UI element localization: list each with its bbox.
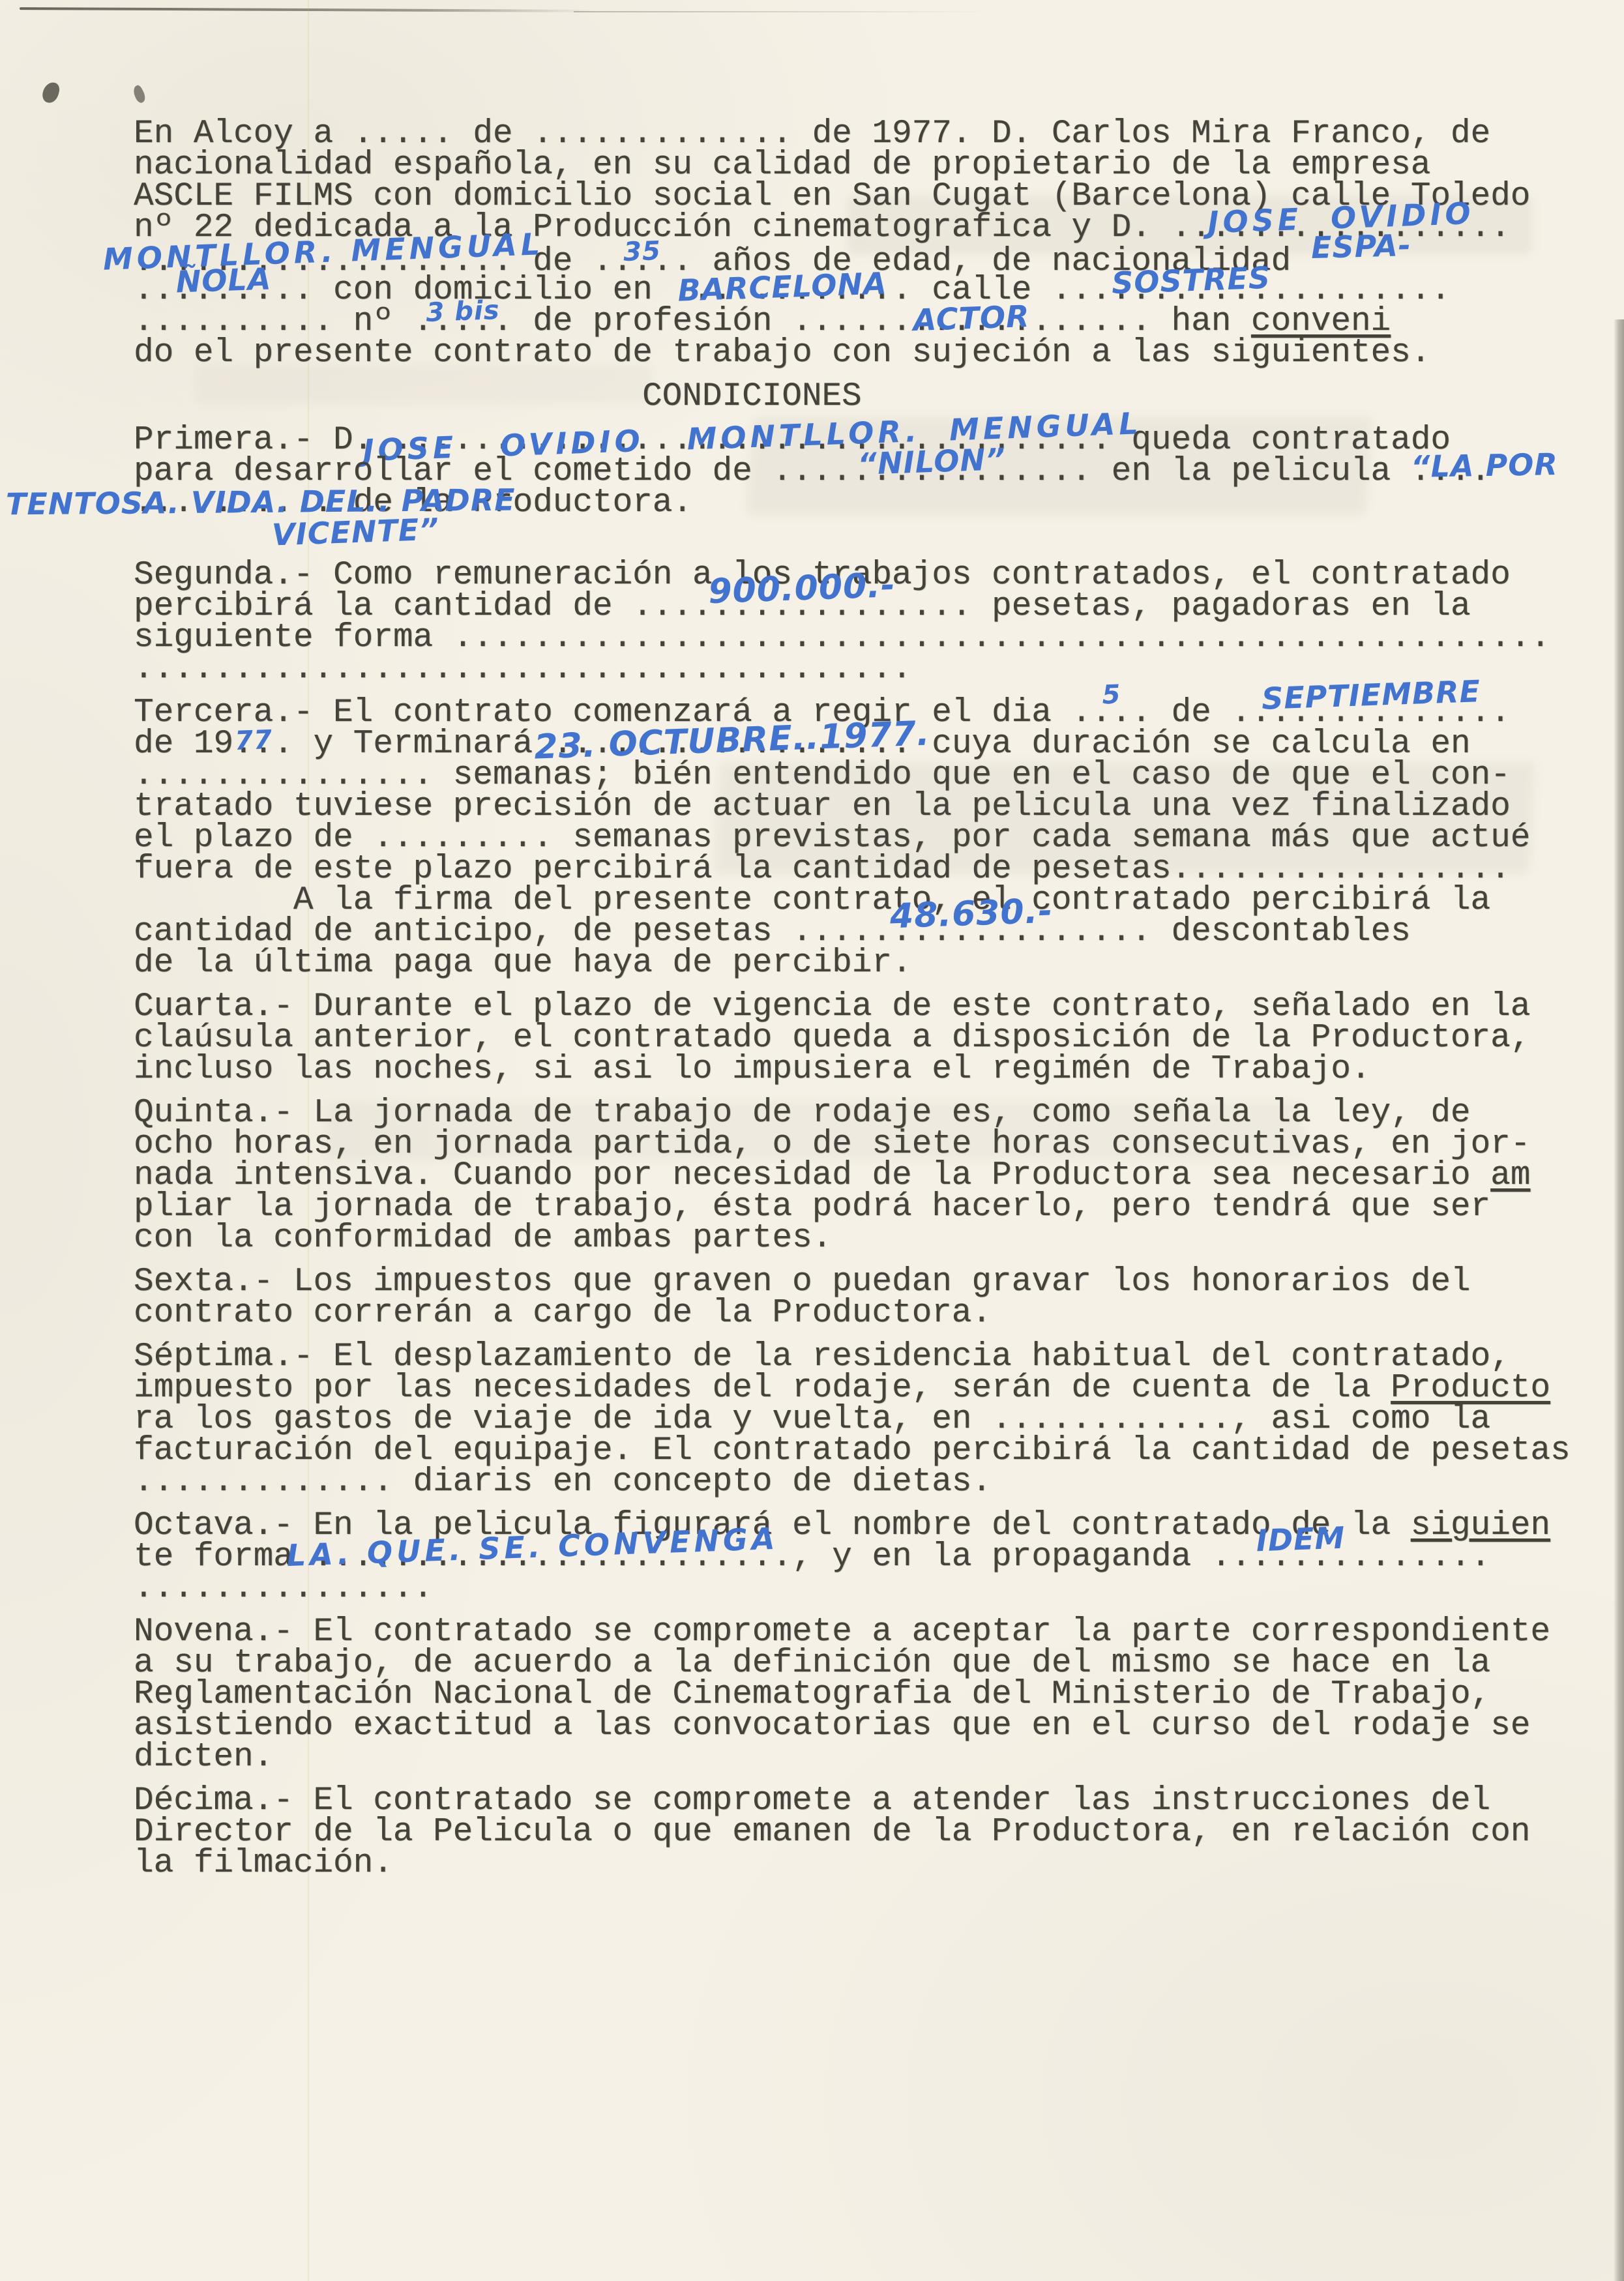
scan-edge-shadow bbox=[1614, 319, 1624, 2281]
paragraph-clausula-sexta: Sexta.- Los impuestos que graven o pueda… bbox=[134, 1267, 1587, 1329]
typed-text: dicten. bbox=[134, 1739, 273, 1776]
handwritten-text: BARCELONA bbox=[677, 267, 887, 306]
text-line: facturación del equipaje. El contratado … bbox=[134, 1435, 1587, 1467]
typed-text: asistiendo exactitud a las convocatorias… bbox=[134, 1707, 1530, 1744]
text-line: de 19..77. y Terminará .................… bbox=[134, 729, 1587, 760]
fill-in-blank: ..................48.630.- bbox=[792, 917, 1151, 948]
text-line: ............... semanas; bién entendido … bbox=[134, 760, 1587, 791]
fill-in-blank: ................“NILON” bbox=[772, 456, 1091, 488]
text-line: ............... bbox=[134, 1573, 1587, 1604]
fill-in-blank: ..................23. OCTUBRE..1977. bbox=[553, 729, 912, 760]
typed-text: ............. diaris en concepto de diet… bbox=[134, 1464, 992, 1501]
paragraph-intro: En Alcoy a ..... de ............. de 197… bbox=[134, 119, 1587, 369]
fill-in-blank: ..77 bbox=[233, 729, 273, 760]
handwritten-text: 5 bbox=[1101, 679, 1121, 711]
text-line: te forma ......................LA. QUE. … bbox=[134, 1542, 1587, 1573]
fill-in-blank: .....3 bis bbox=[413, 306, 512, 338]
handwritten-text: SOSTRES bbox=[1111, 262, 1271, 299]
handwritten-text: TENTOSA. VIDA. DEL.. PADRE bbox=[6, 484, 516, 520]
typed-text: .., y en la propaganda bbox=[752, 1538, 1211, 1576]
paragraph-clausula-octava: Octava.- En la pelicula figurará el nomb… bbox=[134, 1510, 1587, 1604]
text-line: nacionalidad española, en su calidad de … bbox=[134, 150, 1587, 181]
handwritten-text: “LA POR bbox=[1410, 449, 1558, 482]
ink-smudge bbox=[40, 81, 61, 105]
text-line: ocho horas, en jornada partida, o de sie… bbox=[134, 1129, 1587, 1160]
text-line: cantidad de anticipo, de pesetas .......… bbox=[134, 917, 1587, 948]
text-line: pliar la jornada de trabajo, ésta podrá … bbox=[134, 1192, 1587, 1223]
handwritten-text: 77 bbox=[234, 724, 273, 757]
scan-scratch-mark bbox=[574, 11, 991, 12]
scanned-contract-page: En Alcoy a ..... de ............. de 197… bbox=[0, 0, 1624, 2281]
text-line: el plazo de ......... semanas previstas,… bbox=[134, 823, 1587, 854]
paragraph-clausula-novena: Novena.- El contratado se compromete a a… bbox=[134, 1617, 1587, 1773]
text-line: En Alcoy a ..... de ............. de 197… bbox=[134, 119, 1587, 150]
paragraph-condiciones-heading: CONDICIONES bbox=[134, 381, 1587, 413]
fill-in-blank: ...........BARCELONA bbox=[672, 275, 892, 306]
text-line: ra los gastos de viaje de ida y vuelta, … bbox=[134, 1404, 1587, 1435]
text-line: con la conformidad de ambas partes. bbox=[134, 1223, 1587, 1254]
handwritten-text: 900.000.- bbox=[708, 570, 896, 608]
typed-text: am bbox=[1490, 1157, 1530, 1194]
text-line: claúsula anterior, el contratado queda a… bbox=[134, 1023, 1587, 1054]
handwritten-text: SEPTIEMBRE bbox=[1261, 675, 1481, 714]
fill-in-blank: .................900.000.- bbox=[632, 591, 971, 623]
typed-text: ............... bbox=[134, 1570, 433, 1607]
text-line: dicten. bbox=[134, 1742, 1587, 1773]
fill-in-blank: ..................ACTOR bbox=[792, 306, 1151, 338]
text-line: A la firma del presente contrato, el con… bbox=[134, 885, 1587, 917]
text-line: ............. diaris en concepto de diet… bbox=[134, 1467, 1587, 1498]
text-line: nada intensiva. Cuando por necesidad de … bbox=[134, 1160, 1587, 1192]
text-line: VICENTE” bbox=[134, 519, 1587, 548]
text-line: tratado tuviese precisión de actuar en l… bbox=[134, 791, 1587, 823]
text-line: asistiendo exactitud a las convocatorias… bbox=[134, 1711, 1587, 1742]
text-line: percibirá la cantidad de ...............… bbox=[134, 591, 1587, 623]
typed-text: ..... bbox=[1391, 1538, 1490, 1576]
text-line: la filmación. bbox=[134, 1848, 1587, 1879]
typed-text: CONDICIONES bbox=[642, 378, 862, 415]
text-line: Reglamentación Nacional de Cinematografi… bbox=[134, 1679, 1587, 1711]
typed-text: en la pelicula bbox=[1091, 453, 1411, 490]
typed-text: incluso las noches, si asi lo impusiera … bbox=[134, 1051, 1371, 1088]
ink-smudge bbox=[131, 84, 148, 104]
typed-text: do el presente contrato de trabajo con s… bbox=[134, 334, 1430, 372]
fill-in-blank: ..............SEPTIEMBRE bbox=[1231, 698, 1510, 729]
typed-text: ....................................... bbox=[134, 651, 912, 688]
handwritten-text: ESPA- bbox=[1310, 229, 1411, 263]
handwritten-text: 48.630.- bbox=[890, 896, 1054, 933]
text-line: Décima.- El contratado se compromete a a… bbox=[134, 1786, 1587, 1817]
fill-in-blank: ..............SOSTRES bbox=[1052, 275, 1331, 306]
typed-text: contrato correrán a cargo de la Producto… bbox=[134, 1295, 992, 1332]
fill-in-blank: ......................LA. QUE. SE. CONVE… bbox=[313, 1542, 752, 1573]
text-line: .......... nº .....3 bis de profesión ..… bbox=[134, 306, 1587, 338]
text-line: fuera de este plazo percibirá la cantida… bbox=[134, 854, 1587, 885]
handwritten-text: 35 bbox=[623, 235, 662, 268]
paragraph-clausula-segunda: Segunda.- Como remuneración a los trabaj… bbox=[134, 560, 1587, 685]
handwritten-text: “NILON” bbox=[857, 443, 1007, 480]
text-line: Novena.- El contratado se compromete a a… bbox=[134, 1617, 1587, 1648]
paragraph-clausula-cuarta: Cuarta.- Durante el plazo de vigencia de… bbox=[134, 992, 1587, 1085]
typed-text: con la conformidad de ambas partes. bbox=[134, 1220, 832, 1257]
handwritten-text: VICENTE” bbox=[271, 514, 439, 551]
paragraph-clausula-tercera: Tercera.- El contrato comenzará a regir … bbox=[134, 698, 1587, 979]
handwritten-text: ACTOR bbox=[913, 301, 1030, 336]
handwritten-text: IDEM bbox=[1256, 1522, 1346, 1557]
text-line: incluso las noches, si asi lo impusiera … bbox=[134, 1054, 1587, 1085]
text-line: a su trabajo, de acuerdo a la definición… bbox=[134, 1648, 1587, 1679]
typed-text: descontables bbox=[1151, 913, 1411, 950]
fill-in-blank: ..........TENTOSA. VIDA. DEL.. PADRE bbox=[134, 488, 333, 519]
text-line: Sexta.- Los impuestos que graven o pueda… bbox=[134, 1267, 1587, 1298]
fill-in-blank: ....5 bbox=[1071, 698, 1151, 729]
paragraph-clausula-quinta: Quinta.- La jornada de trabajo de rodaje… bbox=[134, 1098, 1587, 1254]
fill-in-blank: .........ÑOLA bbox=[134, 275, 313, 306]
contract-body: En Alcoy a ..... de ............. de 197… bbox=[134, 119, 1587, 1892]
fill-in-blank: .........IDEM bbox=[1211, 1542, 1391, 1573]
text-line: Director de la Pelicula o que emanen de … bbox=[134, 1817, 1587, 1848]
paragraph-clausula-decima: Décima.- El contratado se compromete a a… bbox=[134, 1786, 1587, 1879]
text-line: de la última paga que haya de percibir. bbox=[134, 948, 1587, 979]
text-line: impuesto por las necesidades del rodaje,… bbox=[134, 1373, 1587, 1404]
text-line: do el presente contrato de trabajo con s… bbox=[134, 338, 1587, 369]
text-line: Séptima.- El desplazamiento de la reside… bbox=[134, 1342, 1587, 1373]
text-line: Cuarta.- Durante el plazo de vigencia de… bbox=[134, 992, 1587, 1023]
text-line: Quinta.- La jornada de trabajo de rodaje… bbox=[134, 1098, 1587, 1129]
text-line: contrato correrán a cargo de la Producto… bbox=[134, 1298, 1587, 1329]
text-line: siguiente forma ........................… bbox=[134, 623, 1587, 654]
fill-in-blank: ....“LA POR bbox=[1411, 456, 1490, 488]
scan-scratch-mark bbox=[20, 7, 593, 12]
handwritten-text: 3 bis bbox=[426, 295, 501, 329]
typed-text: la filmación. bbox=[134, 1845, 393, 1882]
paragraph-clausula-primera: Primera.- D. ...........................… bbox=[134, 425, 1587, 548]
text-line: .........ÑOLA con domicilio en .........… bbox=[134, 275, 1587, 306]
handwritten-text: ÑOLA bbox=[175, 263, 272, 297]
typed-text: de la última paga que haya de percibir. bbox=[134, 945, 912, 982]
paragraph-clausula-septima: Séptima.- El desplazamiento de la reside… bbox=[134, 1342, 1587, 1498]
